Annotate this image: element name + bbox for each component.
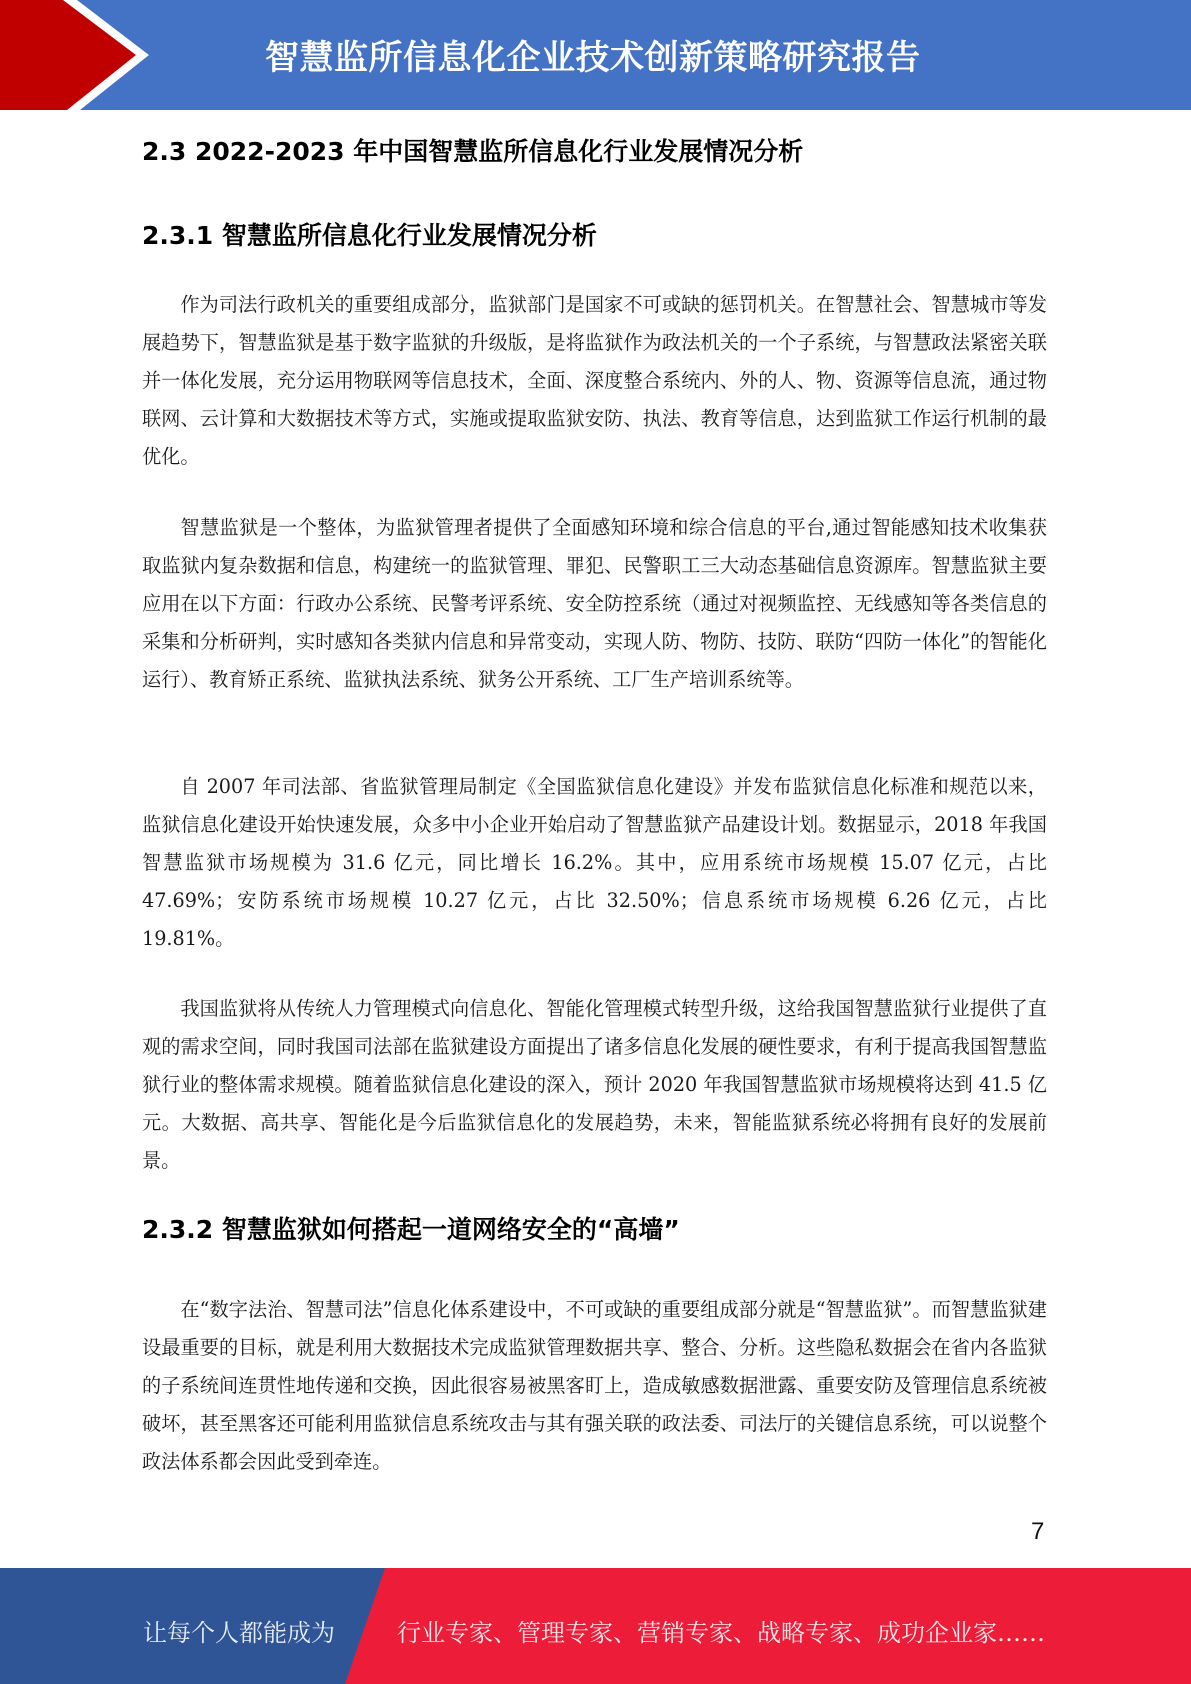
section-heading-2-3-2: 2.3.2 智慧监狱如何搭起一道网络安全的“高墙” <box>142 1210 680 1246</box>
red-chevron-icon <box>0 0 160 110</box>
paragraph-4: 我国监狱将从传统人力管理模式向信息化、智能化管理模式转型升级，这给我国智慧监狱行… <box>142 990 1047 1180</box>
page-number: 7 <box>1031 1518 1044 1546</box>
paragraph-5: 在“数字法治、智慧司法”信息化体系建设中，不可或缺的重要组成部分就是“智慧监狱”… <box>142 1291 1047 1481</box>
page-footer: 让每个人都能成为 行业专家、管理专家、营销专家、战略专家、成功企业家…… <box>0 1568 1191 1684</box>
section-heading-2-3-1: 2.3.1 智慧监所信息化行业发展情况分析 <box>142 216 597 252</box>
footer-slogan-right: 行业专家、管理专家、营销专家、战略专家、成功企业家…… <box>397 1613 1045 1648</box>
footer-slogan-left: 让每个人都能成为 <box>143 1613 335 1648</box>
paragraph-1: 作为司法行政机关的重要组成部分，监狱部门是国家不可或缺的惩罚机关。在智慧社会、智… <box>142 286 1047 476</box>
page-header: 智慧监所信息化企业技术创新策略研究报告 <box>0 0 1191 110</box>
report-title: 智慧监所信息化企业技术创新策略研究报告 <box>265 30 921 79</box>
section-heading-2-3: 2.3 2022-2023 年中国智慧监所信息化行业发展情况分析 <box>142 132 803 168</box>
paragraph-2: 智慧监狱是一个整体，为监狱管理者提供了全面感知环境和综合信息的平台,通过智能感知… <box>142 509 1047 699</box>
paragraph-3: 自 2007 年司法部、省监狱管理局制定《全国监狱信息化建设》并发布监狱信息化标… <box>142 768 1047 958</box>
